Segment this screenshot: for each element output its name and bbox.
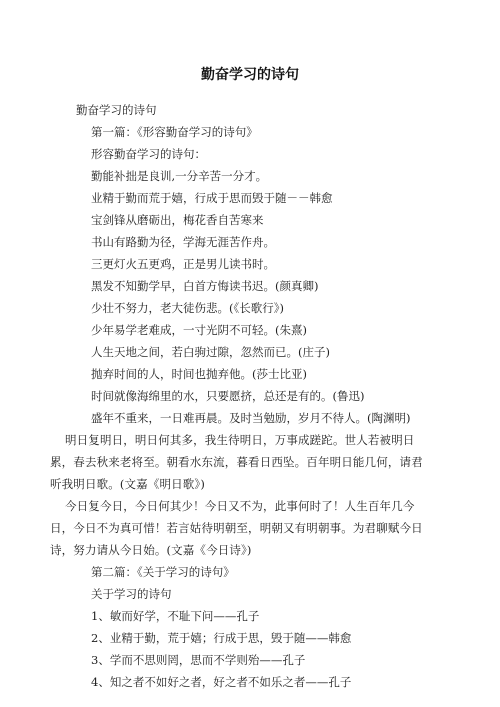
- poem-line: 抛弃时间的人，时间也抛弃他。(莎士比亚): [76, 363, 426, 385]
- list-item: 3、学而不思则罔，思而不学则殆——孔子: [76, 649, 426, 671]
- subheading: 形容勤奋学习的诗句：: [76, 143, 426, 165]
- paragraph-mingri-ge: 明日复明日，明日何其多，我生待明日，万事成蹉跎。世人若被明日累，春去秋来老将至。…: [50, 429, 426, 495]
- list-item: 2、业精于勤，荒于嬉；行成于思，毁于随——韩愈: [76, 627, 426, 649]
- chapter-heading-2: 第二篇：《关于学习的诗句》: [76, 561, 426, 583]
- document-title: 勤奋学习的诗句: [0, 64, 500, 84]
- poem-line: 勤能补拙是良训,一分辛苦一分才。: [76, 165, 426, 187]
- poem-line: 黑发不知勤学早，白首方悔读书迟。(颜真卿): [76, 275, 426, 297]
- document-body: 勤奋学习的诗句 第一篇：《形容勤奋学习的诗句》 形容勤奋学习的诗句： 勤能补拙是…: [76, 99, 426, 693]
- poem-line: 少壮不努力，老大徒伤悲。(《长歌行》): [76, 297, 426, 319]
- poem-line: 业精于勤而荒于嬉，行成于思而毁于随－－韩愈: [76, 187, 426, 209]
- poem-line: 少年易学老难成，一寸光阴不可轻。(朱熹): [76, 319, 426, 341]
- list-item: 4、知之者不如好之者，好之者不如乐之者——孔子: [76, 671, 426, 693]
- poem-line: 时间就像海绵里的水，只要愿挤，总还是有的。(鲁迅): [76, 385, 426, 407]
- section-heading: 勤奋学习的诗句: [76, 99, 426, 121]
- poem-line: 宝剑锋从磨砺出，梅花香自苦寒来: [76, 209, 426, 231]
- poem-line: 书山有路勤为径，学海无涯苦作舟。: [76, 231, 426, 253]
- chapter-heading-1: 第一篇：《形容勤奋学习的诗句》: [76, 121, 426, 143]
- subheading: 关于学习的诗句: [76, 583, 426, 605]
- list-item: 1、敏而好学，不耻下问——孔子: [76, 605, 426, 627]
- paragraph-jinri-shi: 今日复今日，今日何其少！今日又不为，此事何时了！人生百年几今日，今日不为真可惜！…: [50, 495, 426, 561]
- poem-line: 盛年不重来，一日难再晨。及时当勉励，岁月不待人。(陶渊明): [76, 407, 426, 429]
- poem-line: 人生天地之间，若白驹过隙，忽然而已。(庄子): [76, 341, 426, 363]
- poem-line: 三更灯火五更鸡，正是男儿读书时。: [76, 253, 426, 275]
